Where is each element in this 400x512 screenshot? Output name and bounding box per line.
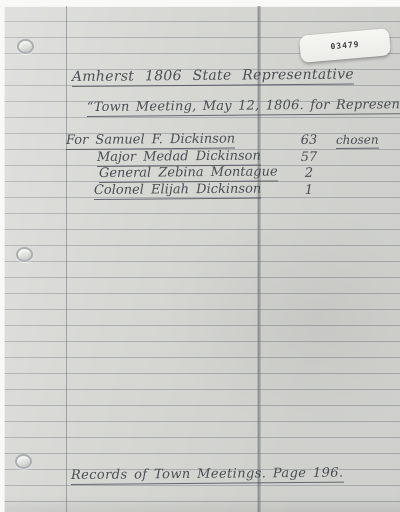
candidate-name: For Samuel F. Dickinson: [66, 133, 235, 150]
candidate-name: General Zebina Montague: [99, 165, 278, 183]
source-citation: Records of Town Meetings. Page 196.: [71, 467, 344, 485]
scanned-document: 03479 Amherst 1806 State Representative …: [0, 0, 400, 512]
vote-note: chosen: [336, 134, 379, 149]
candidate-name: Colonel Elijah Dickinson: [94, 183, 261, 200]
catalog-number: 03479: [330, 40, 360, 52]
page-title-text: Amherst 1806 State Representative: [72, 68, 354, 87]
vote-count: 2: [296, 167, 322, 180]
vote-count: 57: [296, 151, 322, 164]
catalog-label: 03479: [299, 28, 391, 63]
margin-line: [66, 6, 67, 512]
punch-hole-middle: [16, 247, 33, 262]
notebook-paper: 03479 Amherst 1806 State Representative …: [4, 6, 400, 512]
page-subtitle: “Town Meeting, May 12, 1806. for Represe…: [87, 98, 400, 117]
vote-row: Colonel Elijah Dickinson 1: [4, 184, 400, 202]
punch-hole-top: [17, 39, 34, 54]
source-citation-text: Records of Town Meetings. Page 196.: [71, 467, 344, 485]
punch-hole-bottom: [15, 454, 32, 469]
vote-count: 63: [296, 134, 322, 147]
page-subtitle-text: “Town Meeting, May 12, 1806. for Represe…: [87, 98, 400, 117]
page-title: Amherst 1806 State Representative: [72, 68, 354, 87]
vote-count: 1: [296, 184, 322, 197]
